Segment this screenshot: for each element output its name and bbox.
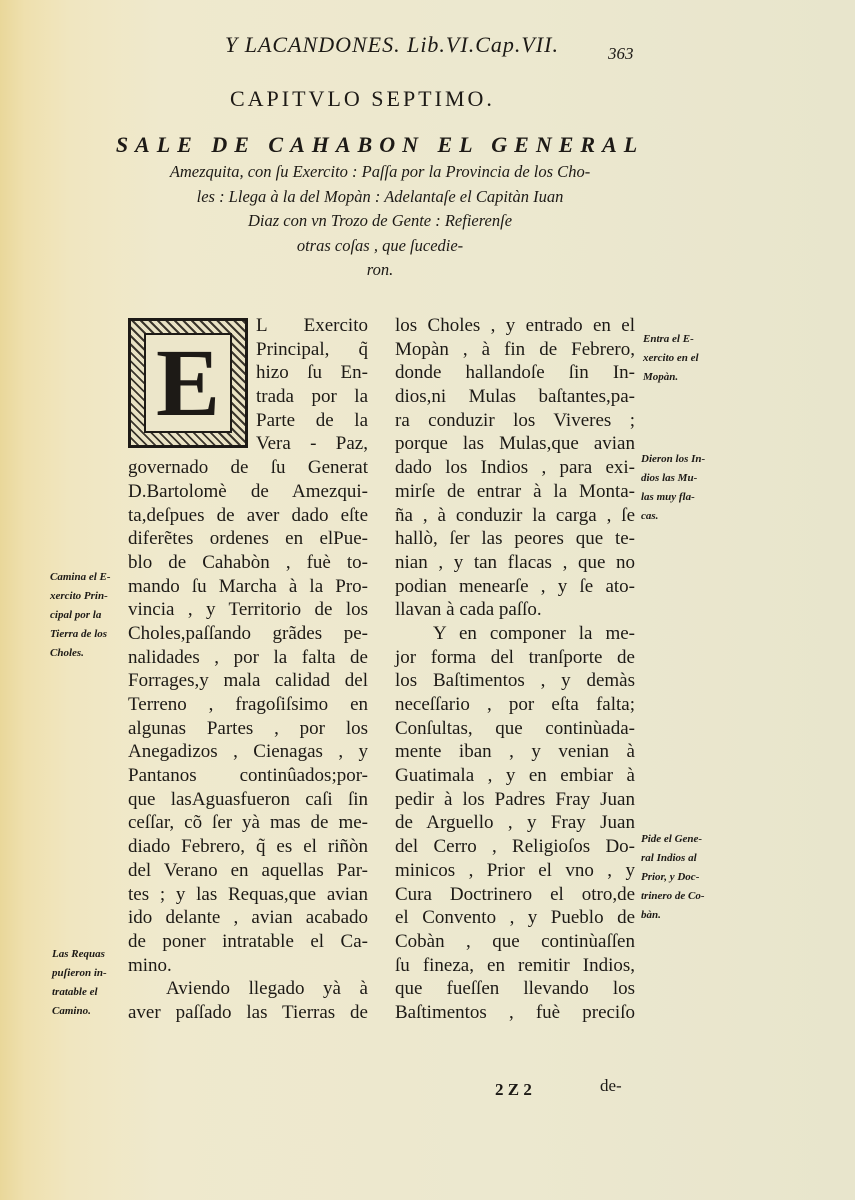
text-line: mando ſu Marcha à la Pro- [128, 575, 368, 599]
text-line: D.Bartolomè de Amezqui- [128, 480, 368, 504]
text-line: Vera - Paz, [256, 432, 368, 456]
summary-line: Amezquita, con ſu Exercito : Paſſa por l… [110, 160, 650, 185]
margin-note-line: Camina el E- [50, 568, 111, 587]
summary-line: otras coſas , que ſucedie- [110, 234, 650, 259]
text-line: de poner intratable el Ca- [128, 930, 368, 954]
text-line: Choles,paſſando grãdes pe- [128, 622, 368, 646]
left-column: L Exercito Principal, q̃ hizo ſu En- tra… [128, 314, 368, 1025]
text-line: governado de ſu Generat [128, 456, 368, 480]
text-line: vincia , y Territorio de los [128, 598, 368, 622]
text-line: dado los Indios , para exi- [395, 456, 635, 480]
text-line: Conſultas, que continùada- [395, 717, 635, 741]
margin-note-line: tratable el [52, 983, 107, 1002]
text-line: Mopàn , à fin de Febrero, [395, 338, 635, 362]
text-line: dios,ni Mulas baſtantes,pa- [395, 385, 635, 409]
text-line: el Convento , y Pueblo de [395, 906, 635, 930]
text-line: trada por la [256, 385, 368, 409]
text-line: Cobàn , que continùaſſen [395, 930, 635, 954]
right-column: los Choles , y entrado en el Mopàn , à f… [395, 314, 635, 1025]
text-line: neceſſario , por eſta falta; [395, 693, 635, 717]
text-line: mirſe de entrar à la Monta- [395, 480, 635, 504]
text-line: de Arguello , y Fray Juan [395, 811, 635, 835]
text-line: blo de Cahabòn , fuè to- [128, 551, 368, 575]
margin-note-line: Prior, y Doc- [641, 868, 705, 887]
margin-note-line: cas. [641, 507, 705, 526]
margin-note-left: Las Requas puſieron in- tratable el Cami… [52, 945, 107, 1021]
margin-note-right: Entra el E- xercito en el Mopàn. [643, 330, 699, 387]
text-line: Forrages,y mala calidad del [128, 669, 368, 693]
text-line: nalidades , por la falta de [128, 646, 368, 670]
text-line: jor forma del tranſporte de [395, 646, 635, 670]
chapter-summary: SALE DE CAHABON EL GENERAL Amezquita, co… [110, 130, 650, 283]
text-line: los Choles , y entrado en el [395, 314, 635, 338]
text-line: ta,deſpues de aver dado eſte [128, 504, 368, 528]
text-line: Y en componer la me- [395, 622, 635, 646]
text-line: pedir à los Padres Fray Juan [395, 788, 635, 812]
text-line: diado Febrero, q̃ es el riñòn [128, 835, 368, 859]
margin-note-right: Pide el Gene- ral Indios al Prior, y Doc… [641, 830, 705, 925]
text-line: que fueſſen llevando los [395, 977, 635, 1001]
margin-note-line: cipal por la [50, 606, 111, 625]
text-line: nian , y tan flacas , que no [395, 551, 635, 575]
text-line: Parte de la [256, 409, 368, 433]
summary-line: les : Llega à la del Mopàn : Adelantaſe … [110, 185, 650, 210]
margin-note-line: xercito Prin- [50, 587, 111, 606]
text-line: hallò, ſer las peores que te- [395, 527, 635, 551]
text-line: hizo ſu En- [256, 361, 368, 385]
margin-note-line: Pide el Gene- [641, 830, 705, 849]
text-line: porque las Mulas,que avian [395, 432, 635, 456]
text-line: Baſtimentos , fuè preciſo [395, 1001, 635, 1025]
text-line: Terreno , fragoſiſsimo en [128, 693, 368, 717]
page-number: 363 [608, 44, 634, 64]
margin-note-line: Camino. [52, 1002, 107, 1021]
margin-note-line: puſieron in- [52, 964, 107, 983]
margin-note-line: trinero de Co- [641, 887, 705, 906]
text-line: llavan à cada paſſo. [395, 598, 635, 622]
text-line: del Cerro , Religioſos Do- [395, 835, 635, 859]
margin-note-line: Mopàn. [643, 368, 699, 387]
text-line: mente iban , y venian à [395, 740, 635, 764]
text-line: aver paſſado las Tierras de [128, 1001, 368, 1025]
margin-note-line: Entra el E- [643, 330, 699, 349]
chapter-title: CAPITVLO SEPTIMO. [230, 86, 495, 112]
text-line: Pantanos continûados;por- [128, 764, 368, 788]
text-line: diferẽtes ordenes en elPue- [128, 527, 368, 551]
text-line: mino. [128, 954, 368, 978]
text-line: del Verano en aquellas Par- [128, 859, 368, 883]
margin-note-line: ral Indios al [641, 849, 705, 868]
margin-note-line: Las Requas [52, 945, 107, 964]
text-line: podian menearſe , y ſe ato- [395, 575, 635, 599]
running-head: Y LACANDONES. Lib.VI.Cap.VII. [225, 32, 559, 58]
margin-note-line: Tierra de los [50, 625, 111, 644]
text-line: que lasAguasfueron caſi ſin [128, 788, 368, 812]
summary-lead: SALE DE CAHABON EL GENERAL [110, 130, 650, 160]
text-line: ido delante , avian acabado [128, 906, 368, 930]
margin-note-line: las muy fla- [641, 488, 705, 507]
text-line: ña , à conduzir la carga , ſe [395, 504, 635, 528]
text-line: ceſſar, cõ ſer yà mas de me- [128, 811, 368, 835]
text-line: Cura Doctrinero el otro,de [395, 883, 635, 907]
text-line: Principal, q̃ [256, 338, 368, 362]
text-line: ſu fineza, en remitir Indios, [395, 954, 635, 978]
margin-note-line: bàn. [641, 906, 705, 925]
catchword: de- [600, 1076, 622, 1096]
text-line: minicos , Prior el vno , y [395, 859, 635, 883]
margin-note-left: Camina el E- xercito Prin- cipal por la … [50, 568, 111, 663]
margin-note-line: Dieron los In- [641, 450, 705, 469]
signature-mark: 2 Z 2 [495, 1080, 532, 1100]
text-line: Anegadizos , Cienagas , y [128, 740, 368, 764]
text-line: L Exercito [256, 314, 368, 338]
text-line: ra conduzir los Viveres ; [395, 409, 635, 433]
text-line: Aviendo llegado yà à [128, 977, 368, 1001]
margin-note-right: Dieron los In- dios las Mu- las muy fla-… [641, 450, 705, 526]
margin-note-line: Choles. [50, 644, 111, 663]
text-line: algunas Partes , por los [128, 717, 368, 741]
summary-line: Diaz con vn Trozo de Gente : Refierenſe [110, 209, 650, 234]
book-page: Y LACANDONES. Lib.VI.Cap.VII. 363 CAPITV… [0, 0, 855, 1200]
text-line: tes ; y las Requas,que avian [128, 883, 368, 907]
text-line: donde hallandoſe ſin In- [395, 361, 635, 385]
margin-note-line: xercito en el [643, 349, 699, 368]
margin-note-line: dios las Mu- [641, 469, 705, 488]
text-line: los Baſtimentos , y demàs [395, 669, 635, 693]
summary-line: ron. [110, 258, 650, 283]
text-line: Guatimala , y en embiar à [395, 764, 635, 788]
